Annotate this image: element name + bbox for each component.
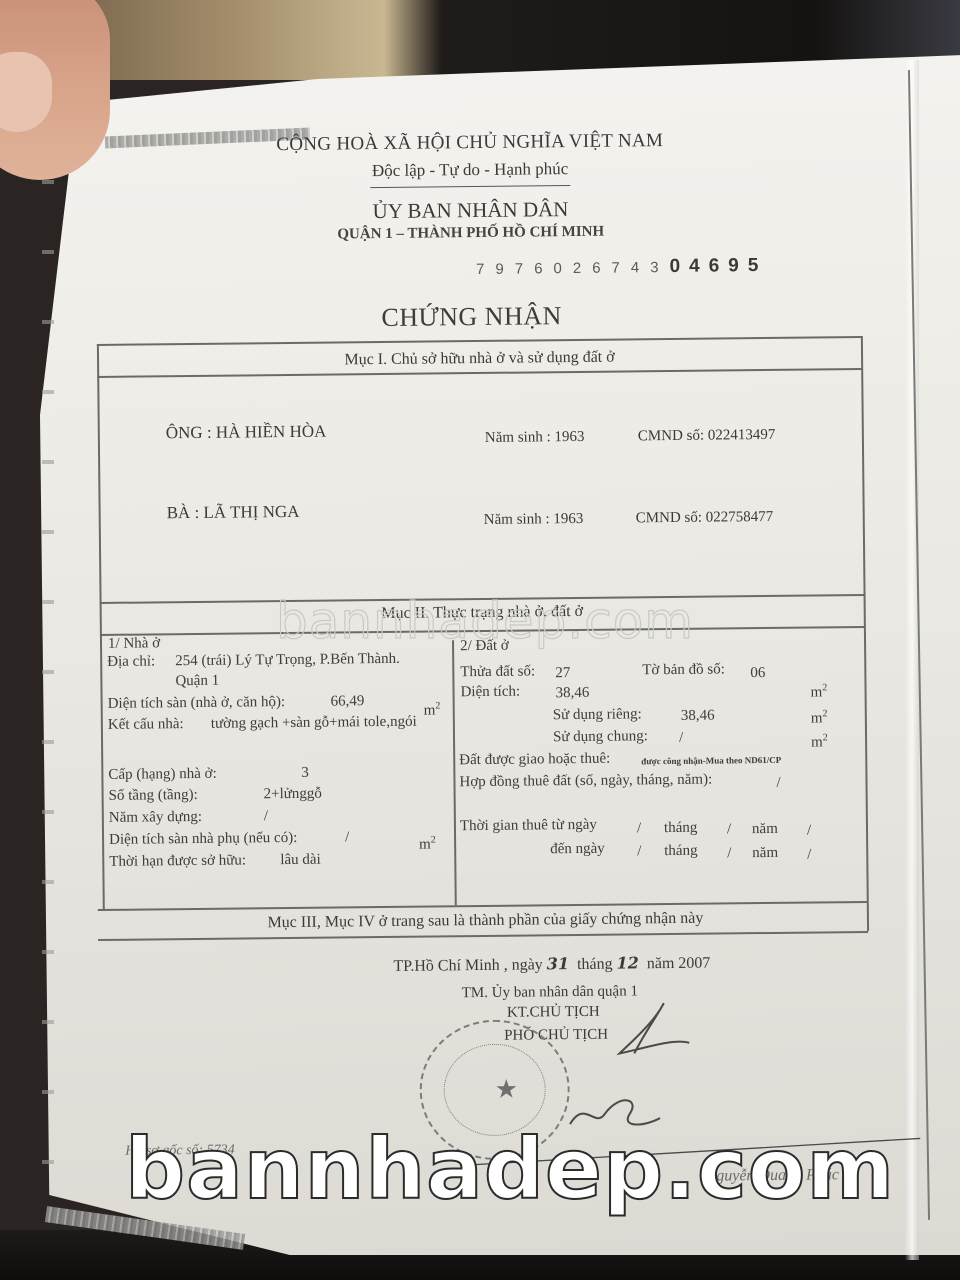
watermark-middle: bannhadep.com xyxy=(215,592,755,650)
floor-area-unit: m2 xyxy=(424,700,441,719)
map-sheet-value: 06 xyxy=(750,665,765,682)
owner-1-name: ÔNG : HÀ HIỀN HÒA xyxy=(166,422,327,444)
owner-1-id-number: CMND số: 022413497 xyxy=(638,427,776,445)
floor-area-value: 66,49 xyxy=(331,693,365,710)
private-use-unit: m2 xyxy=(811,708,828,727)
house-address-label: Địa chỉ: xyxy=(107,653,155,671)
section1-heading: Mục I. Chủ sở hữu nhà ở và sử dụng đất ở xyxy=(97,346,862,372)
frame-top xyxy=(97,336,862,346)
lease-contract-label: Hợp đồng thuê đất (số, ngày, tháng, năm)… xyxy=(459,772,712,792)
issue-month: 12 xyxy=(616,953,638,972)
lease-from-year: / xyxy=(807,823,811,840)
lease-from-day: / xyxy=(637,820,641,837)
plot-value: 27 xyxy=(555,665,570,682)
issue-year: 2007 xyxy=(678,955,710,972)
ownership-term-label: Thời hạn được sở hữu: xyxy=(109,852,246,870)
issue-place: TP.Hồ Chí Minh xyxy=(393,957,499,975)
house-title: 1/ Nhà ở xyxy=(108,635,160,653)
allocation-value: được công nhận-Mua theo ND61/CP xyxy=(641,755,781,766)
map-sheet-label: Tờ bản đồ số: xyxy=(642,661,725,679)
private-use-label: Sử dụng riêng: xyxy=(553,706,642,724)
issue-day: 31 xyxy=(547,954,569,973)
land-area-label: Diện tích: xyxy=(460,684,520,702)
owner-2-id-number: CMND số: 022758477 xyxy=(636,509,774,527)
signature-initial xyxy=(604,993,705,1064)
lease-from-label: Thời gian thuê từ ngày xyxy=(460,817,597,835)
shared-use-label: Sử dụng chung: xyxy=(553,728,648,746)
watermark-bottom: bannhadep.com xyxy=(100,1120,920,1218)
build-year-value: / xyxy=(264,808,268,825)
lease-to-year-label: năm xyxy=(752,845,778,862)
grade-value: 3 xyxy=(301,765,309,782)
plot-label: Thửa đất số: xyxy=(460,663,535,681)
lease-from-month: / xyxy=(727,821,731,838)
lease-contract-value: / xyxy=(776,775,780,792)
grade-label: Cấp (hạng) nhà ở: xyxy=(108,766,217,784)
lease-to-month-label: tháng xyxy=(664,843,698,860)
serial-number: 797602674304695 xyxy=(476,254,866,280)
land-area-value: 38,46 xyxy=(555,685,589,702)
structure-label: Kết cấu nhà: xyxy=(108,716,184,734)
motto-underline xyxy=(370,185,570,188)
lease-to-year: / xyxy=(807,847,811,864)
committee-title: ỦY BAN NHÂN DÂN xyxy=(245,196,695,226)
aux-area-value: / xyxy=(345,829,349,846)
nation-title: CỘNG HOÀ XÃ HỘI CHỦ NGHĨA VIỆT NAM xyxy=(245,130,695,157)
lease-to-month: / xyxy=(727,845,731,862)
private-use-value: 38,46 xyxy=(681,708,715,725)
allocation-label: Đất được giao hoặc thuê: xyxy=(459,751,610,770)
floor-area-label: Diện tích sàn (nhà ở, căn hộ): xyxy=(108,694,286,713)
land-area-unit: m2 xyxy=(810,682,827,701)
owner-2-name: BÀ : LÃ THỊ NGA xyxy=(167,502,300,523)
frame-right xyxy=(861,336,869,931)
structure-value: tường gạch +sàn gỗ+mái tole,ngói xyxy=(211,714,417,733)
aux-area-unit: m2 xyxy=(419,834,436,853)
floors-label: Số tầng (tầng): xyxy=(109,787,198,805)
shared-use-value: / xyxy=(679,730,683,747)
owner-2-birth-year: Năm sinh : 1963 xyxy=(484,511,584,529)
signatory-role-1: KT.CHỦ TỊCH xyxy=(507,1004,600,1022)
issue-date: TP.Hồ Chí Minh , ngày 31 tháng 12 năm 20… xyxy=(393,953,710,976)
star-icon: ★ xyxy=(495,1075,519,1105)
lease-from-month-label: tháng xyxy=(664,820,698,837)
nation-motto: Độc lập - Tự do - Hạnh phúc xyxy=(245,158,695,183)
section3-note: Mục III, Mục IV ở trang sau là thành phầ… xyxy=(103,908,868,934)
district-title: QUẬN 1 – THÀNH PHỐ HỒ CHÍ MINH xyxy=(246,223,696,245)
section2-column-divider xyxy=(452,640,456,905)
frame-left xyxy=(97,344,104,909)
lease-to-label: đến ngày xyxy=(550,841,605,859)
aux-area-label: Diện tích sàn nhà phụ (nếu có): xyxy=(109,830,297,849)
certificate-title: CHỨNG NHẬN xyxy=(246,300,696,335)
owner-1-birth-year: Năm sinh : 1963 xyxy=(485,429,585,447)
lease-to-day: / xyxy=(637,843,641,860)
house-address-line1: 254 (trái) Lý Tự Trọng, P.Bến Thành. xyxy=(175,651,400,670)
shared-use-unit: m2 xyxy=(811,732,828,751)
ownership-term-value: lâu dài xyxy=(280,852,321,869)
build-year-label: Năm xây dựng: xyxy=(109,809,202,827)
serial-suffix: 04695 xyxy=(669,255,767,277)
serial-prefix: 7976026743 xyxy=(476,259,670,278)
floors-value: 2+lửnggỗ xyxy=(264,786,322,804)
lease-from-year-label: năm xyxy=(752,821,778,838)
house-address-line2: Quận 1 xyxy=(175,673,219,690)
